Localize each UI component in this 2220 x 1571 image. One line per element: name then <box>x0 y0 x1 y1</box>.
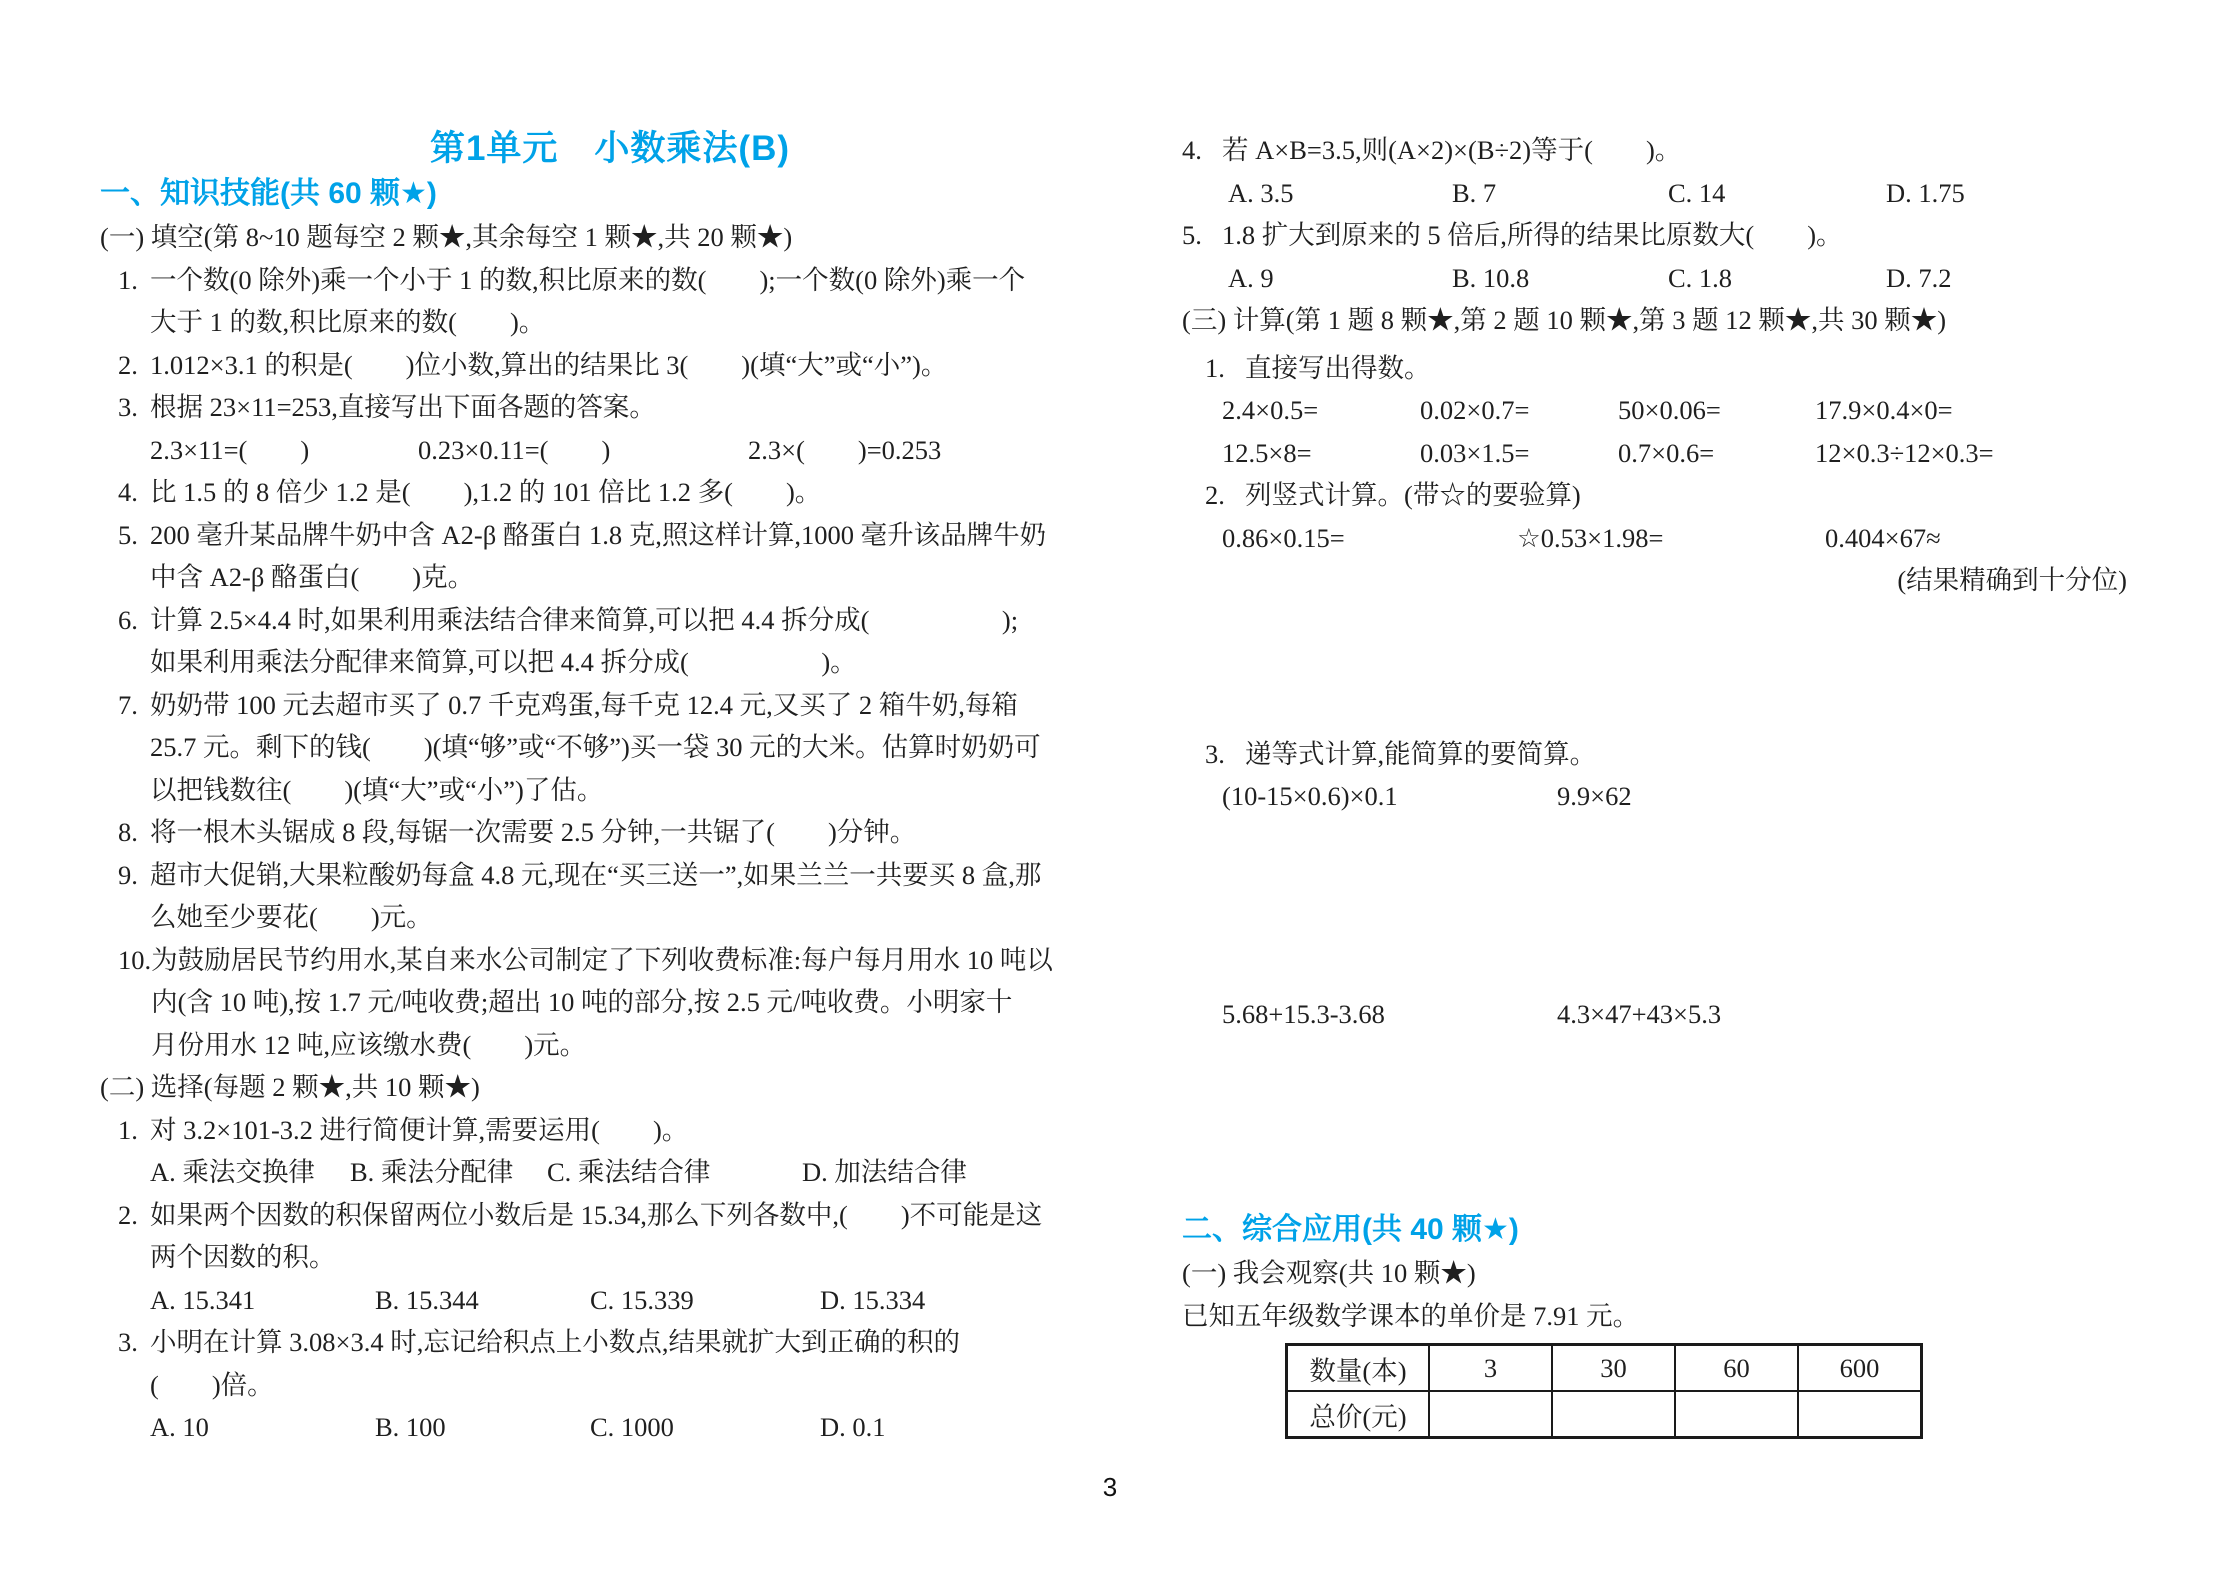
option: B. 15.344 <box>375 1279 590 1322</box>
option: D. 0.1 <box>820 1406 1120 1449</box>
option: C. 14 <box>1668 172 1886 215</box>
fill-question-3-answers: 2.3×11=( ) 0.23×0.11=( ) 2.3×( )=0.253 <box>150 429 1120 472</box>
calc3-row-1: (10-15×0.6)×0.1 9.9×62 <box>1222 775 2140 818</box>
question-line: 根据 23×11=253,直接写出下面各题的答案。 <box>150 386 1120 429</box>
calc3-row-2: 5.68+15.3-3.68 4.3×47+43×5.3 <box>1222 993 2140 1036</box>
formula: 4.3×47+43×5.3 <box>1557 993 2140 1036</box>
question-number: 2. <box>1205 474 1245 517</box>
formula: 2.4×0.5= <box>1222 389 1420 432</box>
choice-question-5: 5. 1.8 扩大到原来的 5 倍后,所得的结果比原数大( )。 <box>1182 214 2140 257</box>
question-line: 计算 2.5×4.4 时,如果利用乘法结合律来简算,可以把 4.4 拆分成( )… <box>150 599 1120 642</box>
option: B. 7 <box>1452 172 1668 215</box>
choice-question-2-options: A. 15.341 B. 15.344 C. 15.339 D. 15.334 <box>150 1279 1120 1322</box>
table-cell: 30 <box>1552 1345 1675 1392</box>
option: D. 15.334 <box>820 1279 1120 1322</box>
question-line: 超市大促销,大果粒酸奶每盒 4.8 元,现在“买三送一”,如果兰兰一共要买 8 … <box>150 854 1120 897</box>
table-cell: 600 <box>1798 1345 1922 1392</box>
formula: 50×0.06= <box>1618 389 1815 432</box>
choice-question-4-options: A. 3.5 B. 7 C. 14 D. 1.75 <box>1228 172 2140 215</box>
table-cell <box>1429 1391 1552 1438</box>
question-line: 若 A×B=3.5,则(A×2)×(B÷2)等于( )。 <box>1222 129 2140 172</box>
formula: (10-15×0.6)×0.1 <box>1222 775 1557 818</box>
formula: ☆0.53×1.98= <box>1517 517 1825 560</box>
calc2-label: 2. 列竖式计算。(带☆的要验算) <box>1205 474 2140 517</box>
option: A. 乘法交换律 <box>150 1151 350 1194</box>
question-number: 3. <box>118 1321 150 1364</box>
calc-label: 列竖式计算。(带☆的要验算) <box>1245 474 1581 517</box>
formula: 9.9×62 <box>1557 775 2140 818</box>
option: B. 100 <box>375 1406 590 1449</box>
calc1-row-2: 12.5×8= 0.03×1.5= 0.7×0.6= 12×0.3÷12×0.3… <box>1222 432 2140 475</box>
question-line: 大于 1 的数,积比原来的数( )。 <box>150 301 1120 344</box>
table-cell: 60 <box>1675 1345 1798 1392</box>
question-number: 8. <box>118 811 150 854</box>
choice-question-5-options: A. 9 B. 10.8 C. 1.8 D. 7.2 <box>1228 257 2140 300</box>
fill-question-9: 9. 超市大促销,大果粒酸奶每盒 4.8 元,现在“买三送一”,如果兰兰一共要买… <box>100 854 1120 939</box>
question-number: 9. <box>118 854 150 897</box>
choice-question-2: 2. 如果两个因数的积保留两位小数后是 15.34,那么下列各数中,( )不可能… <box>100 1194 1120 1279</box>
formula: 0.03×1.5= <box>1420 432 1618 475</box>
section-heading-application: 二、综合应用(共 40 颗★) <box>1182 1208 2140 1252</box>
left-column: 第1单元 小数乘法(B) 一、知识技能(共 60 颗★) (一) 填空(第 8~… <box>100 126 1120 1449</box>
question-number: 1. <box>118 1109 150 1152</box>
question-line: 一个数(0 除外)乘一个小于 1 的数,积比原来的数( );一个数(0 除外)乘… <box>150 259 1120 302</box>
choice-question-1-options: A. 乘法交换律 B. 乘法分配律 C. 乘法结合律 D. 加法结合律 <box>150 1151 1120 1194</box>
fill-question-7: 7. 奶奶带 100 元去超市买了 0.7 千克鸡蛋,每千克 12.4 元,又买… <box>100 684 1120 812</box>
formula: 2.3×( )=0.253 <box>748 429 1120 472</box>
question-number: 3. <box>1205 733 1245 776</box>
formula: 0.404×67≈ <box>1825 517 2140 560</box>
question-number: 1. <box>1205 347 1245 390</box>
fill-question-2: 2. 1.012×3.1 的积是( )位小数,算出的结果比 3( )(填“大”或… <box>100 344 1120 387</box>
question-line: 25.7 元。剩下的钱( )(填“够”或“不够”)买一袋 30 元的大米。估算时… <box>150 726 1120 769</box>
choice-question-3-options: A. 10 B. 100 C. 1000 D. 0.1 <box>150 1406 1120 1449</box>
calc-label: 直接写出得数。 <box>1245 347 1431 390</box>
part-heading-calculation: (三) 计算(第 1 题 8 颗★,第 2 题 10 颗★,第 3 题 12 颗… <box>1182 299 2140 342</box>
formula: 0.23×0.11=( ) <box>418 429 748 472</box>
question-line: 1.8 扩大到原来的 5 倍后,所得的结果比原数大( )。 <box>1222 214 2140 257</box>
fill-question-6: 6. 计算 2.5×4.4 时,如果利用乘法结合律来简算,可以把 4.4 拆分成… <box>100 599 1120 684</box>
option: D. 1.75 <box>1886 172 2140 215</box>
question-line: 200 毫升某品牌牛奶中含 A2-β 酪蛋白 1.8 克,照这样计算,1000 … <box>150 514 1120 557</box>
option: B. 乘法分配律 <box>350 1151 547 1194</box>
intro-line: 已知五年级数学课本的单价是 7.91 元。 <box>1182 1295 2140 1338</box>
table-cell: 3 <box>1429 1345 1552 1392</box>
option: B. 10.8 <box>1452 257 1668 300</box>
fill-question-1: 1. 一个数(0 除外)乘一个小于 1 的数,积比原来的数( );一个数(0 除… <box>100 259 1120 344</box>
calc1-row-1: 2.4×0.5= 0.02×0.7= 50×0.06= 17.9×0.4×0= <box>1222 389 2140 432</box>
page-number: 3 <box>0 1472 2220 1503</box>
formula: 0.02×0.7= <box>1420 389 1618 432</box>
question-number: 5. <box>1182 214 1222 257</box>
question-line: 比 1.5 的 8 倍少 1.2 是( ),1.2 的 101 倍比 1.2 多… <box>150 471 1120 514</box>
option: A. 9 <box>1228 257 1452 300</box>
fill-question-3: 3. 根据 23×11=253,直接写出下面各题的答案。 <box>100 386 1120 429</box>
formula: 5.68+15.3-3.68 <box>1222 993 1557 1036</box>
table-cell <box>1552 1391 1675 1438</box>
table-cell <box>1675 1391 1798 1438</box>
question-line: 么她至少要花( )元。 <box>150 896 1120 939</box>
part-heading-fill: (一) 填空(第 8~10 题每空 2 颗★,其余每空 1 颗★,共 20 颗★… <box>100 216 1120 259</box>
fill-question-10: 10. 为鼓励居民节约用水,某自来水公司制定了下列收费标准:每户每月用水 10 … <box>100 939 1120 1067</box>
part-heading-observe: (一) 我会观察(共 10 颗★) <box>1182 1252 2140 1295</box>
option: A. 3.5 <box>1228 172 1452 215</box>
fill-question-8: 8. 将一根木头锯成 8 段,每锯一次需要 2.5 分钟,一共锯了( )分钟。 <box>100 811 1120 854</box>
calc-label: 递等式计算,能简算的要简算。 <box>1245 733 1596 776</box>
question-number: 6. <box>118 599 150 642</box>
section-heading-knowledge: 一、知识技能(共 60 颗★) <box>100 172 1120 216</box>
question-line: 奶奶带 100 元去超市买了 0.7 千克鸡蛋,每千克 12.4 元,又买了 2… <box>150 684 1120 727</box>
question-number: 3. <box>118 386 150 429</box>
option: A. 15.341 <box>150 1279 375 1322</box>
question-number: 4. <box>118 471 150 514</box>
table-cell <box>1798 1391 1922 1438</box>
choice-question-4: 4. 若 A×B=3.5,则(A×2)×(B÷2)等于( )。 <box>1182 129 2140 172</box>
question-number: 2. <box>118 344 150 387</box>
question-line: ( )倍。 <box>150 1364 1120 1407</box>
question-line: 以把钱数往( )(填“大”或“小”)了估。 <box>150 769 1120 812</box>
fill-question-4: 4. 比 1.5 的 8 倍少 1.2 是( ),1.2 的 101 倍比 1.… <box>100 471 1120 514</box>
option: C. 1.8 <box>1668 257 1886 300</box>
question-line: 内(含 10 吨),按 1.7 元/吨收费;超出 10 吨的部分,按 2.5 元… <box>151 981 1120 1024</box>
question-line: 月份用水 12 吨,应该缴水费( )元。 <box>151 1024 1120 1067</box>
question-number: 4. <box>1182 129 1222 172</box>
question-number: 10. <box>118 939 151 982</box>
formula: 12.5×8= <box>1222 432 1420 475</box>
option: D. 7.2 <box>1886 257 2140 300</box>
question-number: 2. <box>118 1194 150 1237</box>
table-cell: 总价(元) <box>1287 1391 1430 1438</box>
calc-note: (结果精确到十分位) <box>1182 559 2140 602</box>
table-row-total: 总价(元) <box>1287 1391 1922 1438</box>
option: C. 1000 <box>590 1406 820 1449</box>
calc2-row: 0.86×0.15= ☆0.53×1.98= 0.404×67≈ <box>1222 517 2140 560</box>
question-line: 中含 A2-β 酪蛋白( )克。 <box>150 556 1120 599</box>
question-line: 1.012×3.1 的积是( )位小数,算出的结果比 3( )(填“大”或“小”… <box>150 344 1120 387</box>
formula: 2.3×11=( ) <box>150 429 418 472</box>
question-line: 如果利用乘法分配律来简算,可以把 4.4 拆分成( )。 <box>150 641 1120 684</box>
right-column: 4. 若 A×B=3.5,则(A×2)×(B÷2)等于( )。 A. 3.5 B… <box>1182 129 2140 1439</box>
choice-question-1: 1. 对 3.2×101-3.2 进行简便计算,需要运用( )。 <box>100 1109 1120 1152</box>
question-line: 两个因数的积。 <box>150 1236 1120 1279</box>
question-number: 1. <box>118 259 150 302</box>
calc3-label: 3. 递等式计算,能简算的要简算。 <box>1205 733 2140 776</box>
formula: 12×0.3÷12×0.3= <box>1815 432 2140 475</box>
option: C. 15.339 <box>590 1279 820 1322</box>
question-line: 如果两个因数的积保留两位小数后是 15.34,那么下列各数中,( )不可能是这 <box>150 1194 1120 1237</box>
choice-question-3: 3. 小明在计算 3.08×3.4 时,忘记给积点上小数点,结果就扩大到正确的积… <box>100 1321 1120 1406</box>
option: D. 加法结合律 <box>802 1151 1120 1194</box>
worksheet-page: 第1单元 小数乘法(B) 一、知识技能(共 60 颗★) (一) 填空(第 8~… <box>0 0 2220 1571</box>
question-line: 小明在计算 3.08×3.4 时,忘记给积点上小数点,结果就扩大到正确的积的 <box>150 1321 1120 1364</box>
calc1-label: 1. 直接写出得数。 <box>1205 347 2140 390</box>
formula: 0.86×0.15= <box>1222 517 1517 560</box>
formula: 17.9×0.4×0= <box>1815 389 2140 432</box>
question-number: 5. <box>118 514 150 557</box>
question-number: 7. <box>118 684 150 727</box>
table-row-quantity: 数量(本) 3 30 60 600 <box>1287 1345 1922 1392</box>
page-title: 第1单元 小数乘法(B) <box>100 126 1120 172</box>
price-table: 数量(本) 3 30 60 600 总价(元) <box>1285 1343 1923 1439</box>
fill-question-5: 5. 200 毫升某品牌牛奶中含 A2-β 酪蛋白 1.8 克,照这样计算,10… <box>100 514 1120 599</box>
option: C. 乘法结合律 <box>547 1151 802 1194</box>
question-line: 对 3.2×101-3.2 进行简便计算,需要运用( )。 <box>150 1109 1120 1152</box>
question-line: 为鼓励居民节约用水,某自来水公司制定了下列收费标准:每户每月用水 10 吨以 <box>151 939 1120 982</box>
question-line: 将一根木头锯成 8 段,每锯一次需要 2.5 分钟,一共锯了( )分钟。 <box>150 811 1120 854</box>
formula: 0.7×0.6= <box>1618 432 1815 475</box>
table-cell: 数量(本) <box>1287 1345 1430 1392</box>
option: A. 10 <box>150 1406 375 1449</box>
part-heading-choice: (二) 选择(每题 2 颗★,共 10 颗★) <box>100 1066 1120 1109</box>
